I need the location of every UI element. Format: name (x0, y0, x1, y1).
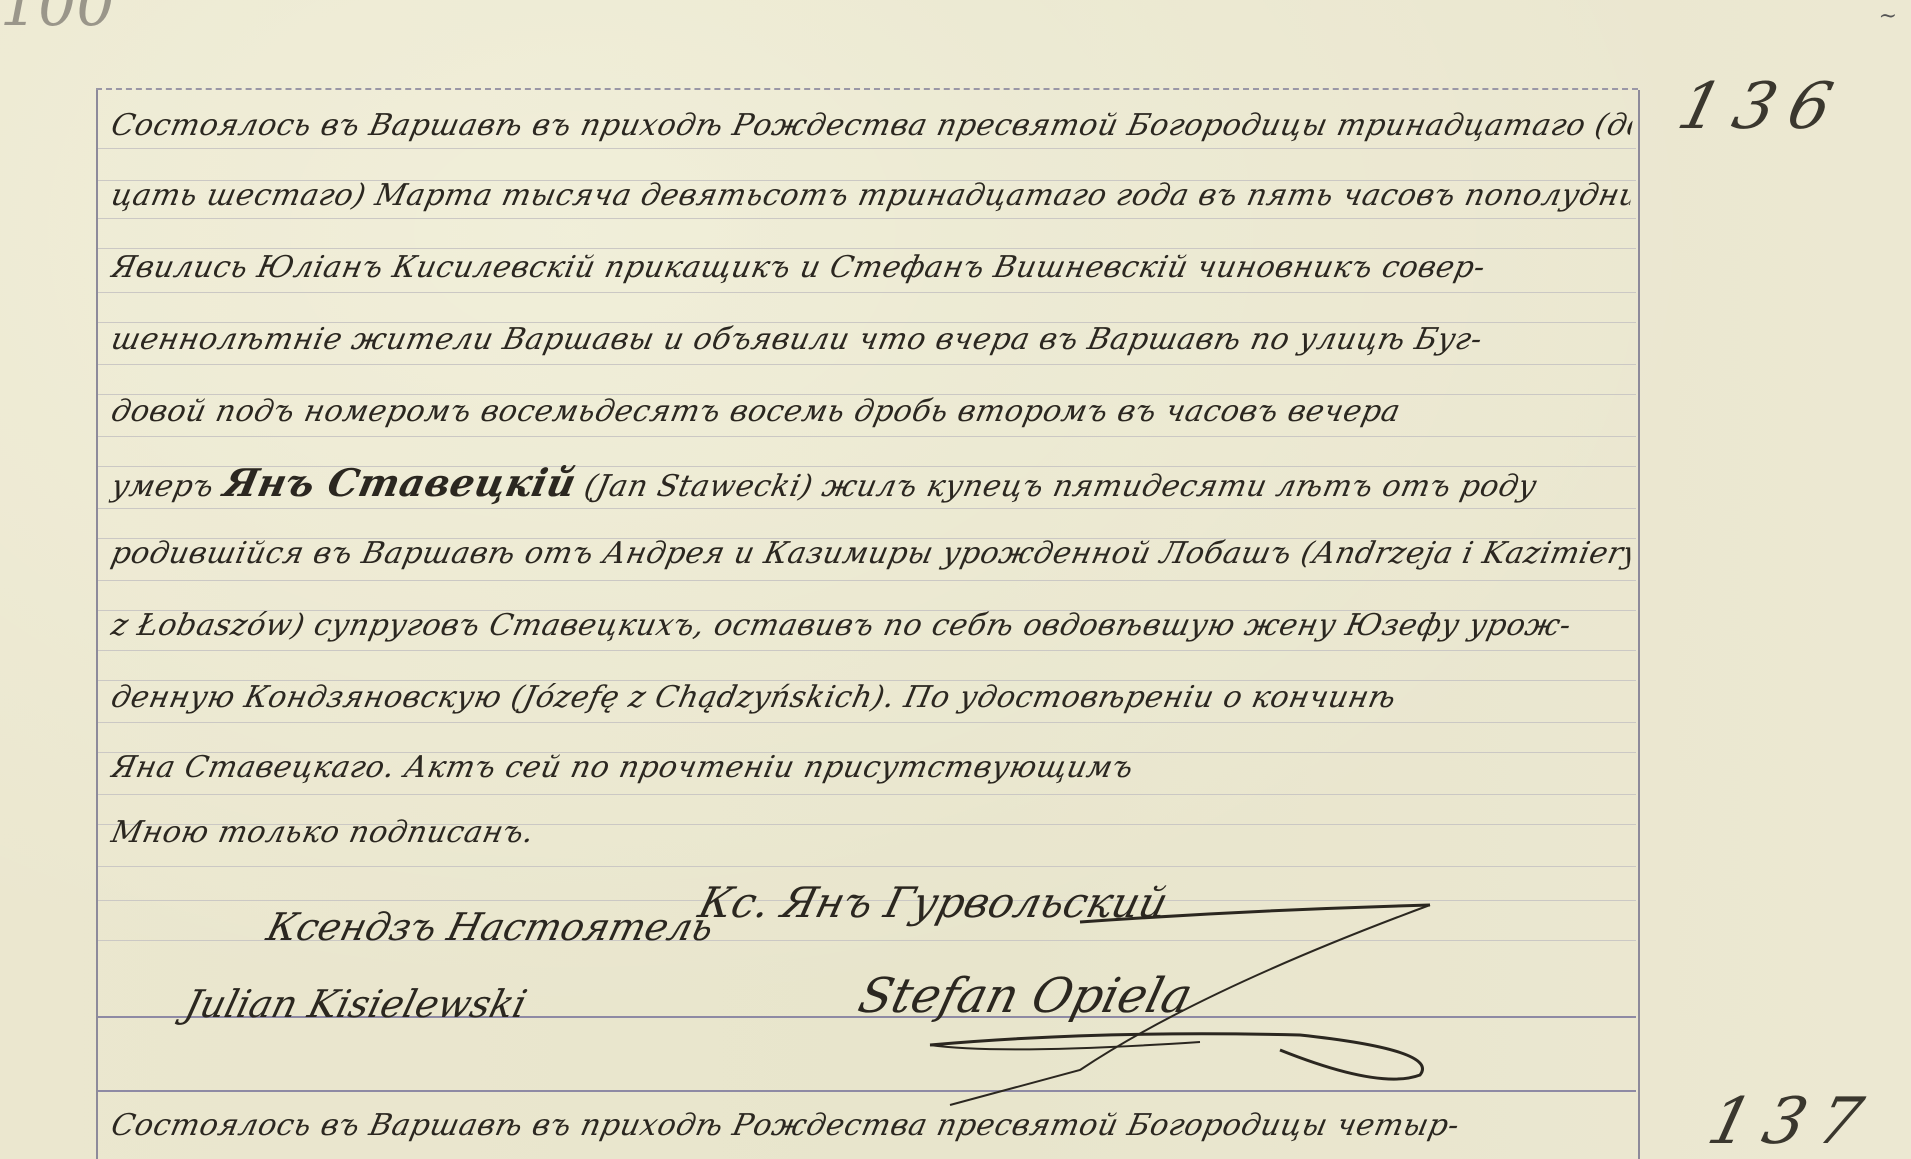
entry-line-3: Явились Юлiанъ Кисилевскiй прикащикъ и С… (108, 250, 1635, 285)
ruled-line (98, 148, 1636, 149)
ruled-line (98, 364, 1636, 365)
entry-separator-rule (98, 1090, 1636, 1092)
officer-signature: Кс. Янъ Гурвольский (694, 878, 1173, 927)
ruled-line (98, 508, 1636, 509)
entry-number-136: 136 (1671, 70, 1854, 144)
entry-line-8: z Łobaszów) супруговъ Ставецкихъ, остави… (108, 608, 1635, 643)
deceased-name: Янъ Ставецкiй (220, 460, 581, 505)
document-page: 100 ~ 136 Состоялось въ Варшавѣ въ прихо… (0, 0, 1911, 1159)
ruled-line (98, 292, 1636, 293)
entry-137-line-1: Состоялось въ Варшавѣ въ приходѣ Рождест… (108, 1108, 1635, 1143)
entry-number-137: 137 (1701, 1085, 1884, 1159)
witness-2-signature: Stefan Opiela (853, 968, 1198, 1024)
ruled-line (98, 794, 1636, 795)
ruled-line (98, 436, 1636, 437)
entry-line-10: Яна Ставецкаго. Актъ сей по прочтенiи пр… (108, 750, 1635, 785)
ruled-line (98, 248, 1636, 249)
deceased-prefix: умеръ (108, 469, 217, 504)
ruled-line (98, 218, 1636, 219)
corner-page-mark: 100 (0, 0, 115, 40)
corner-tick-mark: ~ (1879, 4, 1897, 29)
entry-line-6-deceased: умеръ Янъ Ставецкiй (Jan Stawecki) жилъ … (108, 460, 1638, 505)
ruled-line (98, 650, 1636, 651)
entry-line-7: родившiйся въ Варшавѣ отъ Андрея и Казим… (108, 536, 1635, 571)
ruled-line (98, 866, 1636, 867)
ruled-line (98, 722, 1636, 723)
officer-label: Ксендзъ Настоятель (263, 905, 719, 949)
deceased-line-suffix: жилъ купецъ пятидесяти лѣтъ отъ роду (819, 469, 1540, 504)
entry-line-11: Мною только подписанъ. (108, 815, 1635, 850)
entry-line-4: шеннолѣтнiе жители Варшавы и объявили чт… (108, 322, 1635, 357)
entry-line-9: денную Кондзяновскую (Józefę z Chądzyńsk… (108, 680, 1635, 715)
entry-line-1: Состоялось въ Варшавѣ въ приходѣ Рождест… (108, 108, 1635, 143)
deceased-name-gloss: (Jan Stawecki) (581, 469, 816, 504)
ruled-line (98, 580, 1636, 581)
witness-1-signature: Julian Kisielewski (181, 982, 532, 1026)
entry-line-2: цать шестаго) Марта тысяча девятьсотъ тр… (108, 178, 1635, 213)
entry-line-5: довой подъ номеромъ восемьдесятъ восемь … (108, 394, 1635, 429)
